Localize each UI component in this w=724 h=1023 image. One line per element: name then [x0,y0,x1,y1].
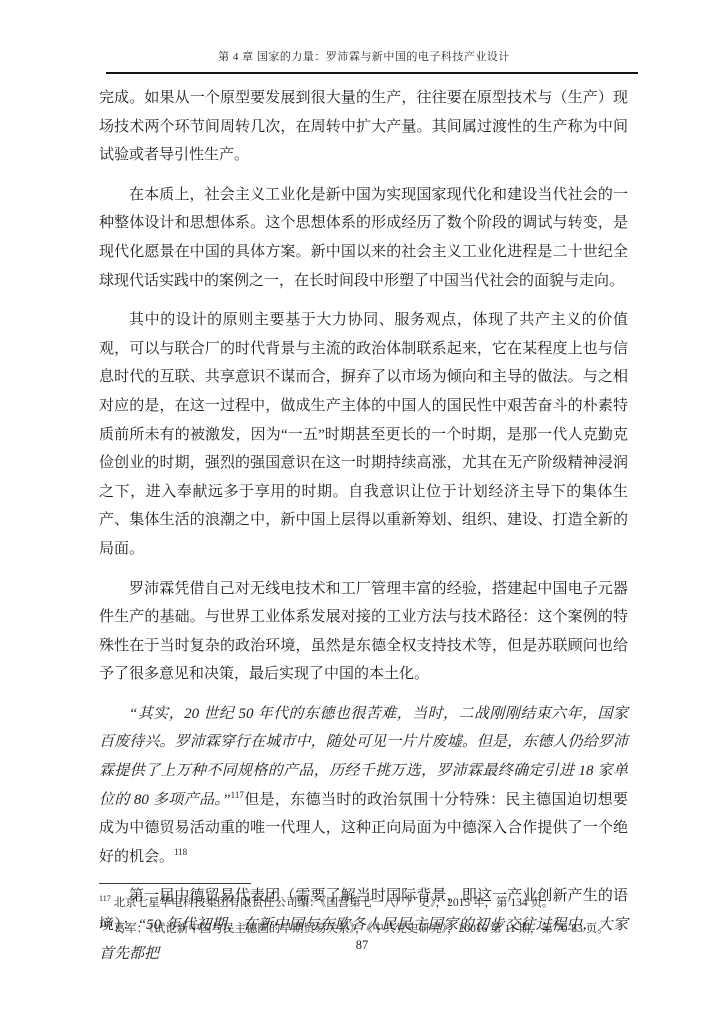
footnote-text: 北京七星华电科技集团有限责任公司编：《国营第七一八厂厂史》，2015 年，第 1… [114,897,554,909]
footnote-separator [99,883,251,884]
running-header: 第 4 章 国家的力量：罗沛霖与新中国的电子科技产业设计 [96,48,632,64]
body-text: 完成。如果从一个原型要发展到很大量的生产，往往要在原型技术与（生产）现场技术两个… [99,84,628,979]
footnote-number: 118 [99,920,111,929]
body-paragraph: 罗沛霖凭借自己对无线电技术和工厂管理丰富的经验，搭建起中国电子元器件生产的基础。… [99,575,628,689]
body-paragraph: 完成。如果从一个原型要发展到很大量的生产，往往要在原型技术与（生产）现场技术两个… [99,84,628,170]
body-paragraph: 在本质上，社会主义工业化是新中国为实现国家现代化和建设当代社会的一种整体设计和思… [99,181,628,295]
document-page: 第 4 章 国家的力量：罗沛霖与新中国的电子科技产业设计 完成。如果从一个原型要… [0,0,724,1023]
page-number: 87 [0,938,724,953]
footnote-text: 葛军：《试论新中国与民主德国的早期贸易关系》，《中共党史研究》，20016 第 … [114,923,609,935]
footnote-ref: 117 [231,790,244,800]
body-paragraph: “其实，20 世纪 50 年代的东德也很苦难，当时，二战刚刚结束六年，国家百废待… [99,700,628,872]
text-segment: 在本质上，社会主义工业化是新中国为实现国家现代化和建设当代社会的一种整体设计和思… [99,187,628,289]
body-paragraph: 其中的设计的原则主要基于大力协同、服务观点，体现了共产主义的价值观，可以与联合厂… [99,306,628,563]
footnote: 117 北京七星华电科技集团有限责任公司编：《国营第七一八厂厂史》，2015 年… [99,890,628,916]
text-segment: 罗沛霖凭借自己对无线电技术和工厂管理丰富的经验，搭建起中国电子元器件生产的基础。… [99,581,628,683]
footnote-area: 117 北京七星华电科技集团有限责任公司编：《国营第七一八厂厂史》，2015 年… [99,883,628,942]
footnote-list: 117 北京七星华电科技集团有限责任公司编：《国营第七一八厂厂史》，2015 年… [99,890,628,942]
footnote-ref: 118 [174,847,187,857]
text-segment: 其中的设计的原则主要基于大力协同、服务观点，体现了共产主义的价值观，可以与联合厂… [99,312,628,557]
footnote-number: 117 [99,894,111,903]
text-segment: 完成。如果从一个原型要发展到很大量的生产，往往要在原型技术与（生产）现场技术两个… [99,90,628,163]
header-rule [106,72,638,74]
